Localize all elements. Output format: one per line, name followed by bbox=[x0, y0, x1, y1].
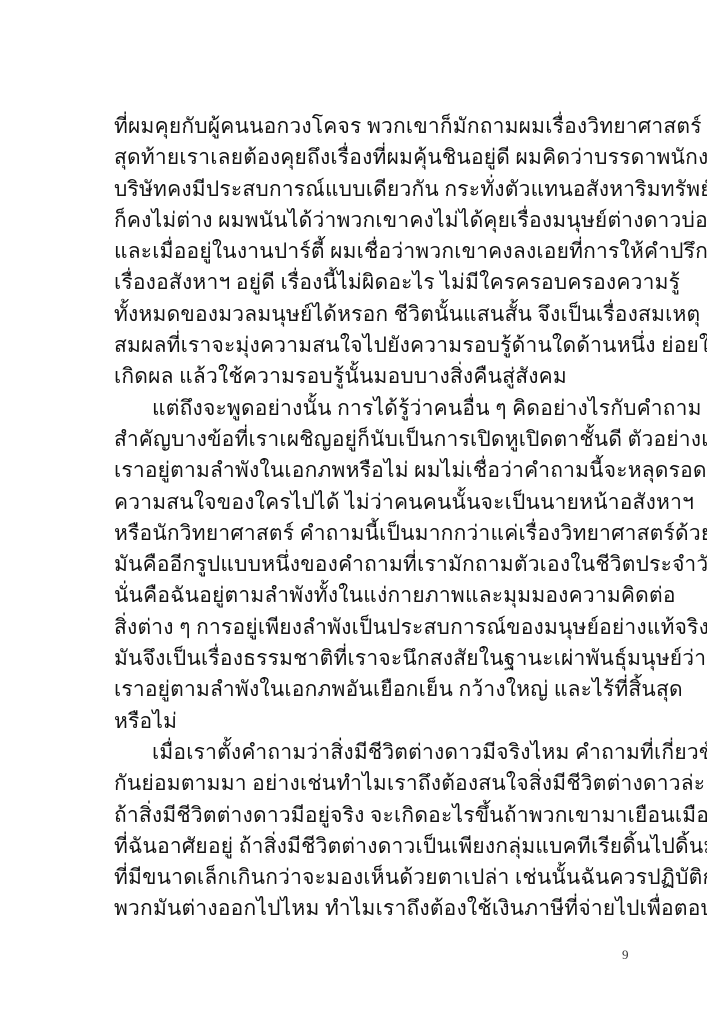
text-line: กันย่อมตามมา อย่างเช่นทำไมเราถึงต้องสนใจ… bbox=[114, 768, 626, 799]
text-line: หรือไม่ bbox=[114, 706, 626, 737]
text-line: เราอยู่ตามลำพังในเอกภพอันเยือกเย็น กว้าง… bbox=[114, 674, 626, 705]
text-line: ก็คงไม่ต่าง ผมพนันได้ว่าพวกเขาคงไม่ได้คุ… bbox=[114, 205, 626, 236]
text-line: มันคืออีกรูปแบบหนึ่งของคำถามที่เรามักถาม… bbox=[114, 549, 626, 580]
text-line: เมื่อเราตั้งคำถามว่าสิ่งมีชีวิตต่างดาวมี… bbox=[114, 737, 626, 768]
text-line: สุดท้ายเราเลยต้องคุยถึงเรื่องที่ผมคุ้นชิ… bbox=[114, 142, 626, 173]
text-line: เราอยู่ตามลำพังในเอกภพหรือไม่ ผมไม่เชื่อ… bbox=[114, 455, 626, 486]
text-line: บริษัทคงมีประสบการณ์แบบเดียวกัน กระทั่งต… bbox=[114, 174, 626, 205]
text-line: และเมื่ออยู่ในงานปาร์ตี้ ผมเชื่อว่าพวกเข… bbox=[114, 236, 626, 267]
text-line: เกิดผล แล้วใช้ความรอบรู้นั้นมอบบางสิ่งคื… bbox=[114, 361, 626, 392]
text-line: ความสนใจของใครไปได้ ไม่ว่าคนคนนั้นจะเป็น… bbox=[114, 487, 626, 518]
text-line: ที่ฉันอาศัยอยู่ ถ้าสิ่งมีชีวิตต่างดาวเป็… bbox=[114, 831, 626, 862]
text-line: พวกมันต่างออกไปไหม ทำไมเราถึงต้องใช้เงิน… bbox=[114, 893, 626, 924]
text-line: ทั้งหมดของมวลมนุษย์ได้หรอก ชีวิตนั้นแสนส… bbox=[114, 299, 626, 330]
text-line: สิ่งต่าง ๆ การอยู่เพียงลำพังเป็นประสบการ… bbox=[114, 612, 626, 643]
text-line: ถ้าสิ่งมีชีวิตต่างดาวมีอยู่จริง จะเกิดอะ… bbox=[114, 800, 626, 831]
text-line: สมผลที่เราจะมุ่งความสนใจไปยังความรอบรู้ด… bbox=[114, 330, 626, 361]
text-line: ที่ผมคุยกับผู้คนนอกวงโคจร พวกเขาก็มักถาม… bbox=[114, 111, 626, 142]
text-line: เรื่องอสังหาฯ อยู่ดี เรื่องนี้ไม่ผิดอะไร… bbox=[114, 267, 626, 298]
text-line: ที่มีขนาดเล็กเกินกว่าจะมองเห็นด้วยตาเปล่… bbox=[114, 862, 626, 893]
text-line: มันจึงเป็นเรื่องธรรมชาติที่เราจะนึกสงสัย… bbox=[114, 643, 626, 674]
text-line: นั่นคือฉันอยู่ตามลำพังทั้งในแง่กายภาพและ… bbox=[114, 580, 626, 611]
body-text: ที่ผมคุยกับผู้คนนอกวงโคจร พวกเขาก็มักถาม… bbox=[114, 111, 626, 925]
text-line: แต่ถึงจะพูดอย่างนั้น การได้รู้ว่าคนอื่น … bbox=[114, 393, 626, 424]
book-page: ที่ผมคุยกับผู้คนนอกวงโคจร พวกเขาก็มักถาม… bbox=[0, 0, 707, 1024]
text-line: สำคัญบางข้อที่เราเผชิญอยู่ก็นับเป็นการเป… bbox=[114, 424, 626, 455]
page-number: 9 bbox=[622, 947, 629, 963]
text-line: หรือนักวิทยาศาสตร์ คำถามนี้เป็นมากกว่าแค… bbox=[114, 518, 626, 549]
